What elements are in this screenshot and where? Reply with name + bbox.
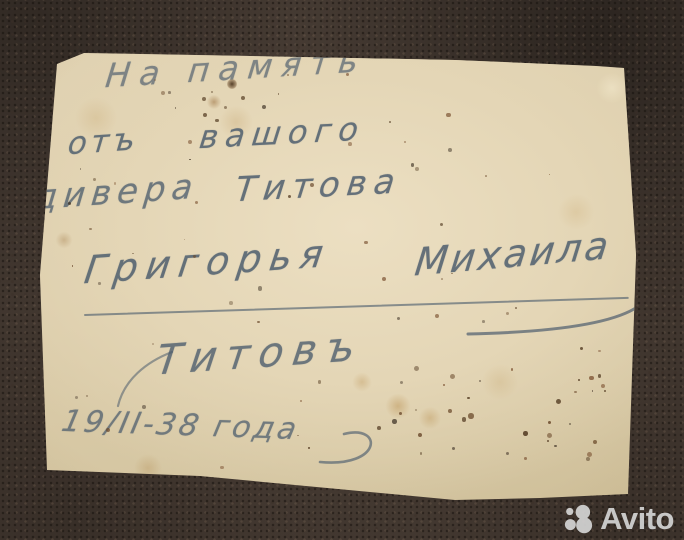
- paper-speckles: [0, 0, 684, 540]
- marketplace-photo: На память отъ вашого дивера Титова Григо…: [0, 0, 684, 540]
- photo-card-back: На память отъ вашого дивера Титова Григо…: [0, 0, 684, 540]
